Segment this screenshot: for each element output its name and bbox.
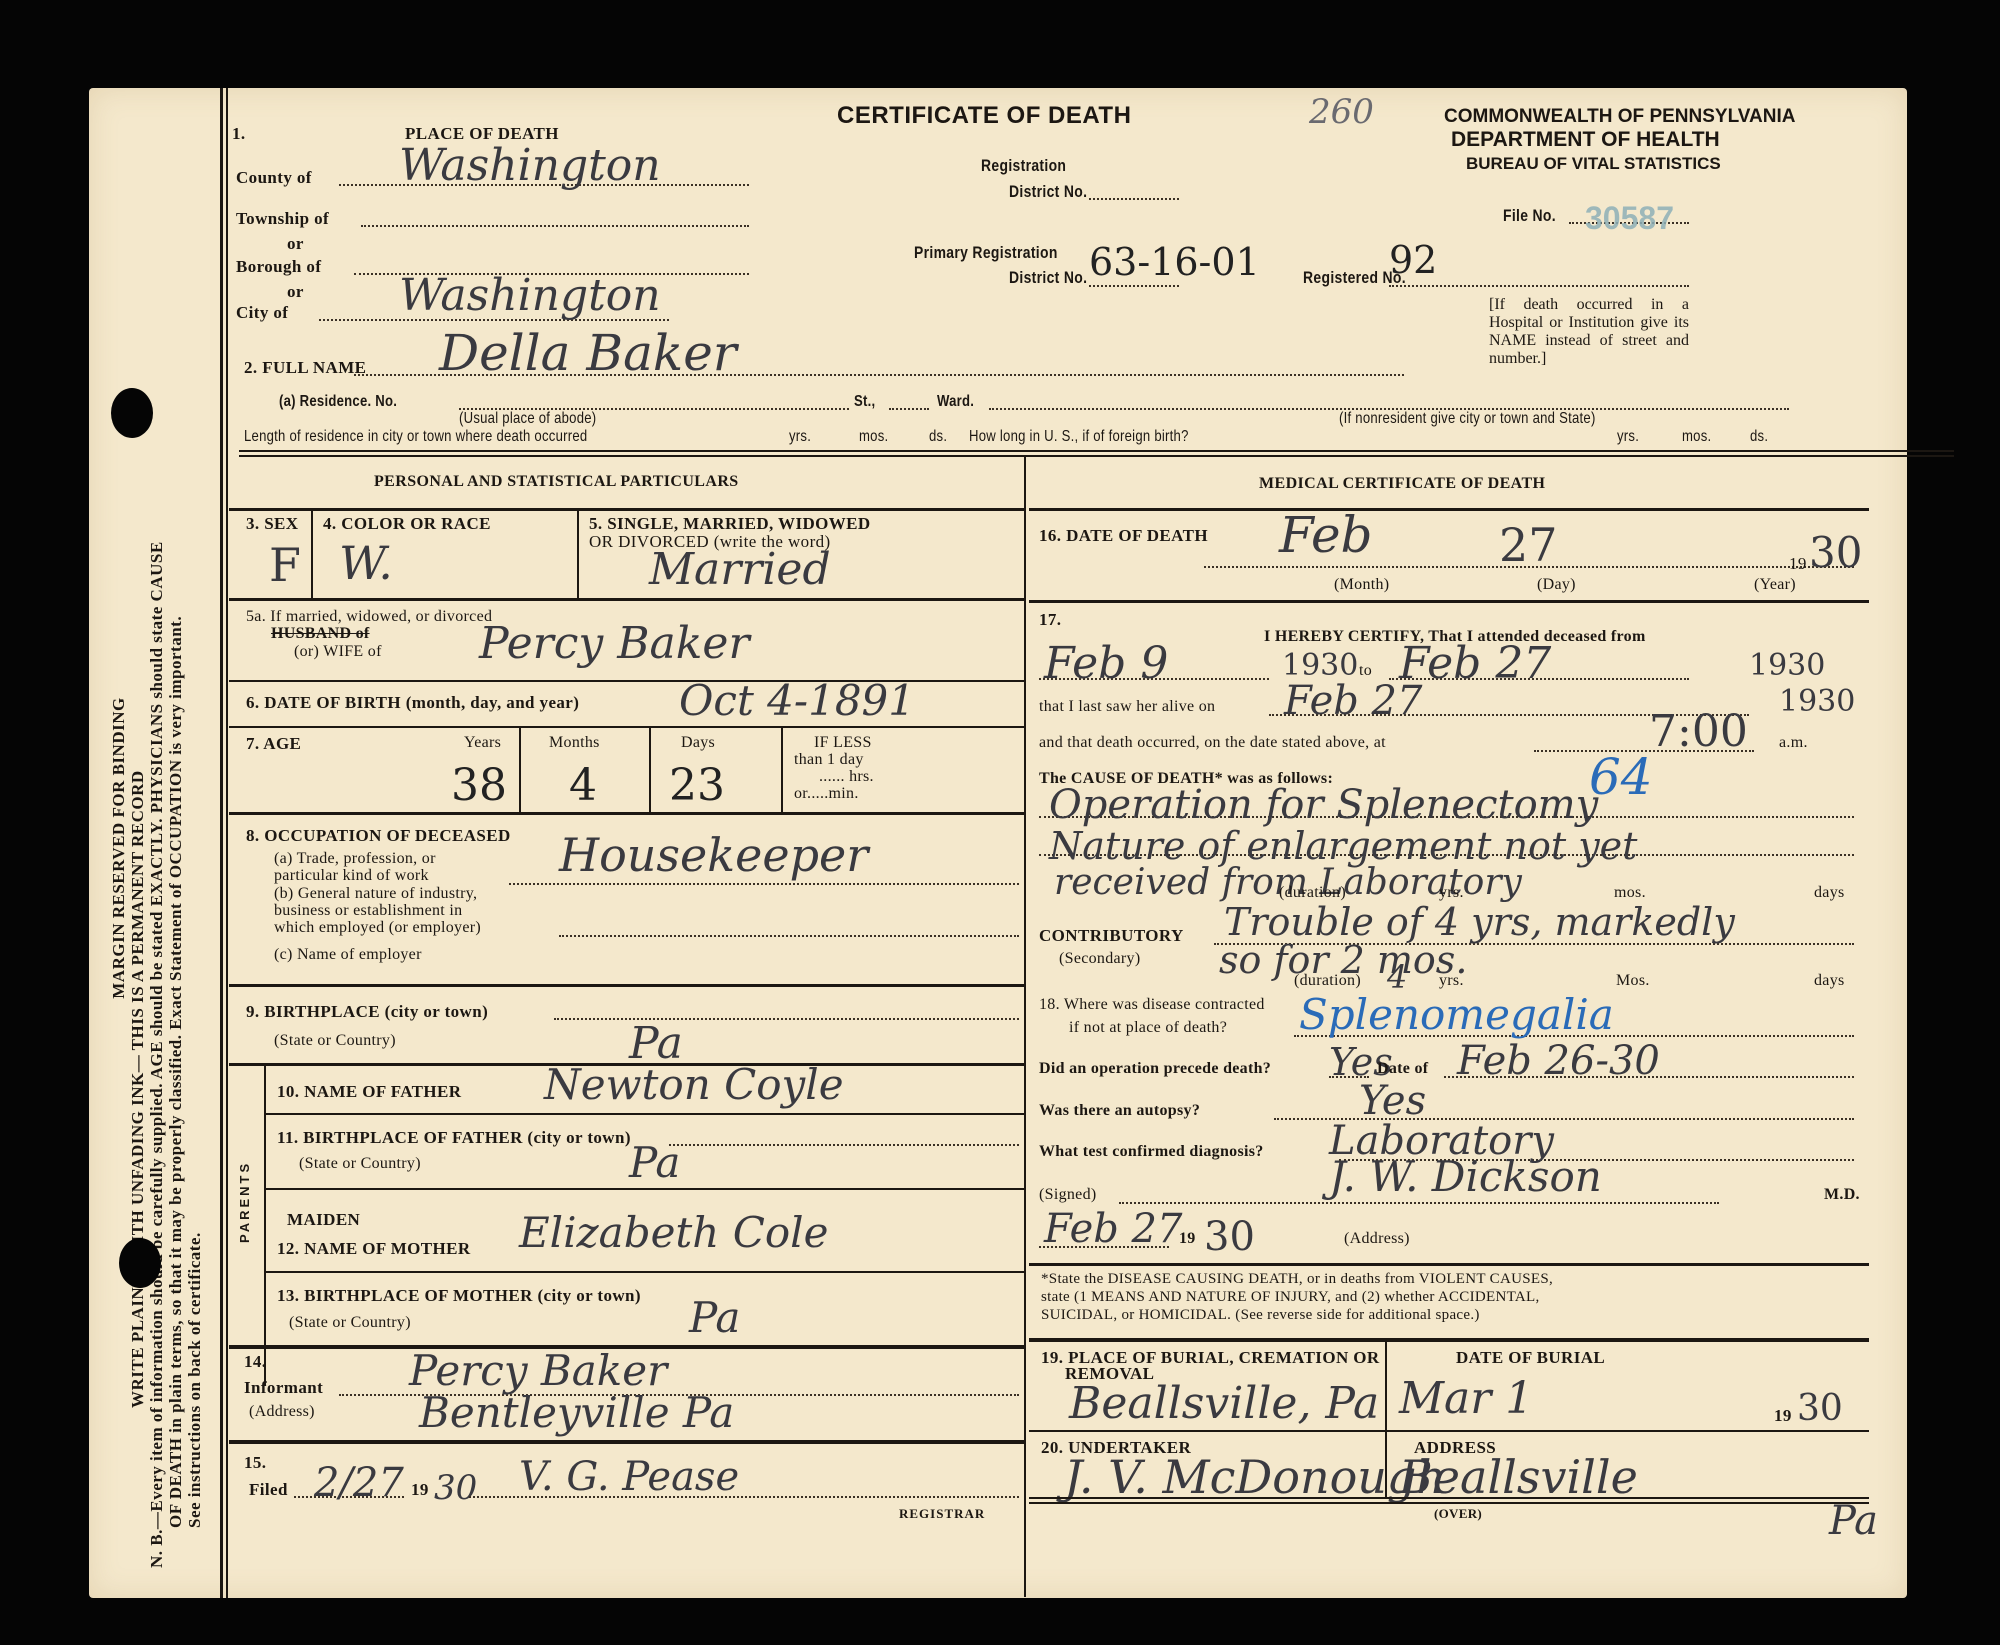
filed-year-field[interactable]: 30 [434, 1468, 477, 1508]
residence-yrs[interactable]: yrs. [789, 428, 811, 446]
margin-binding-note: MARGIN RESERVED FOR BINDING [109, 128, 128, 1568]
death-month-field[interactable]: Feb [1279, 506, 1373, 564]
rule [1029, 600, 1869, 603]
if-less-label: IF LESS [814, 734, 872, 752]
county-label: County of [236, 168, 312, 188]
primary-district-field[interactable]: 63-16-01 [1089, 240, 1260, 284]
rule [1029, 1430, 1869, 1432]
certificate-title: CERTIFICATE OF DEATH [837, 102, 1131, 130]
filed-number: 15. [244, 1453, 266, 1473]
cause-days-label: days [1814, 884, 1845, 902]
cell-divider [519, 728, 521, 812]
full-name-field[interactable]: Della Baker [439, 324, 737, 382]
test-label: What test confirmed diagnosis? [1039, 1143, 1264, 1161]
occupation-label: 8. OCCUPATION OF DECEASED [246, 826, 511, 846]
residence-label: (a) Residence. No. [279, 393, 397, 411]
occupation-b-label-2: business or establishment in [274, 902, 462, 920]
death-certificate: MARGIN RESERVED FOR BINDING WRITE PLAINL… [89, 88, 1907, 1598]
operation-label: Did an operation precede death? [1039, 1060, 1271, 1078]
or-text-1: or [287, 234, 304, 254]
burial-year-field[interactable]: 30 [1797, 1388, 1843, 1429]
year-sublabel: (Year) [1754, 576, 1796, 594]
rule [266, 1188, 1024, 1190]
birthplace-city-field[interactable] [554, 1018, 1019, 1020]
birthplace-state-label: (State or Country) [274, 1032, 396, 1050]
nonresident-note: (If nonresident give city or town and St… [1339, 410, 1596, 428]
rule [1029, 1502, 1869, 1504]
signed-date-field[interactable]: Feb 27 [1044, 1206, 1182, 1252]
binding-hole-bottom [119, 1238, 161, 1288]
rule [229, 508, 1024, 511]
occupation-b-label: (b) General nature of industry, [274, 885, 477, 903]
binding-margin: MARGIN RESERVED FOR BINDING WRITE PLAINL… [89, 88, 221, 1598]
margin-nb-note-1: N. B.—Every item of information should b… [147, 128, 166, 1568]
disease-contracted-label: 18. Where was disease contracted [1039, 996, 1265, 1014]
rule [239, 450, 1954, 452]
hospital-instruction-note: [If death occurred in a Hospital or Inst… [1489, 296, 1689, 368]
marital-status-field[interactable]: Married [649, 544, 831, 595]
father-birthplace-state-label: (State or Country) [299, 1155, 421, 1173]
father-name-field[interactable]: Newton Coyle [544, 1060, 844, 1109]
cell-divider [781, 728, 783, 812]
contributory-mos-label: Mos. [1616, 972, 1650, 990]
margin-nb-note-3: See instructions on back of certificate. [185, 128, 204, 1568]
months-label: Months [549, 734, 600, 752]
physician-signature[interactable]: J. W. Dickson [1329, 1152, 1602, 1201]
attended-to-year-field[interactable]: 1930 [1749, 648, 1825, 683]
signed-year-prefix: 19 [1179, 1230, 1196, 1248]
burial-year-prefix: 19 [1774, 1406, 1792, 1426]
cause-of-death-field-1[interactable]: Operation for Splenectomy [1049, 782, 1598, 828]
date-of-death-label: 16. DATE OF DEATH [1039, 526, 1208, 546]
rule [266, 1113, 1024, 1115]
margin-rule-inner [226, 88, 228, 1598]
filed-date-field[interactable]: 2/27 [314, 1460, 404, 1506]
signature-line [1119, 1202, 1719, 1204]
borough-label: Borough of [236, 257, 321, 277]
day-sublabel: (Day) [1537, 576, 1576, 594]
parents-vertical-label: PARENTS [237, 1161, 252, 1243]
residence-mos[interactable]: mos. [859, 428, 888, 446]
sex-field[interactable]: F [269, 538, 301, 592]
signed-year-field[interactable]: 30 [1204, 1214, 1255, 1260]
archive-number: 260 [1309, 92, 1374, 132]
section-1-number: 1. [232, 124, 246, 144]
race-field[interactable]: W. [339, 536, 393, 590]
rule [229, 984, 1024, 987]
rule [229, 812, 1024, 815]
margin-ink-note: WRITE PLAINLY WITH UNFADING INK— THIS IS… [128, 128, 147, 1568]
age-label: 7. AGE [246, 734, 301, 754]
than-1-day-label: than 1 day [794, 751, 864, 769]
date-of-birth-label: 6. DATE OF BIRTH (month, day, and year) [246, 693, 579, 713]
issuer-department: DEPARTMENT OF HEALTH [1451, 128, 1720, 152]
secondary-label: (Secondary) [1059, 950, 1141, 968]
footnote-line-3: SUICIDAL, or HOMICIDAL. (See reverse sid… [1041, 1307, 1480, 1324]
primary-district-no-label: District No. [1009, 268, 1087, 288]
disease-contracted-field[interactable]: Splenomegalia [1299, 990, 1614, 1039]
occupation-b-label-3: which employed (or employer) [274, 919, 481, 937]
column-divider [1024, 457, 1026, 1597]
informant-address-label: (Address) [249, 1403, 315, 1421]
medical-heading: MEDICAL CERTIFICATE OF DEATH [1259, 475, 1545, 493]
days-label: Days [681, 734, 715, 752]
occupation-line [509, 883, 1019, 885]
death-year-field[interactable]: 30 [1809, 528, 1862, 577]
township-label: Township of [236, 209, 329, 229]
month-sublabel: (Month) [1334, 576, 1389, 594]
file-no-stamp[interactable]: 30587 [1585, 200, 1674, 237]
cause-code[interactable]: 64 [1589, 748, 1653, 806]
or-text-2: or [287, 282, 304, 302]
personal-heading: PERSONAL AND STATISTICAL PARTICULARS [374, 473, 739, 491]
cell-divider [311, 510, 313, 598]
father-birthplace-state-field[interactable]: Pa [629, 1138, 680, 1187]
husband-of-label: HUSBAND of [271, 625, 370, 643]
spouse-name-field[interactable]: Percy Baker [479, 618, 750, 669]
primary-registration-label: Primary Registration [914, 243, 1058, 263]
mother-name-field[interactable]: Elizabeth Cole [519, 1208, 828, 1257]
burial-place-field[interactable]: Beallsville, Pa [1069, 1378, 1379, 1429]
signed-label: (Signed) [1039, 1186, 1097, 1204]
ward-label: Ward. [937, 393, 974, 411]
death-year-prefix: 19 [1789, 554, 1807, 574]
margin-instructions: MARGIN RESERVED FOR BINDING WRITE PLAINL… [109, 128, 204, 1568]
rule [229, 726, 1024, 728]
registration-district-no-label: District No. [1009, 182, 1087, 202]
burial-date-field[interactable]: Mar 1 [1399, 1373, 1533, 1424]
hours-field[interactable]: ...... hrs. [819, 768, 874, 786]
disease-contracted-sublabel: if not at place of death? [1069, 1019, 1227, 1037]
rule [1029, 508, 1869, 511]
certify-number: 17. [1039, 610, 1061, 630]
margin-nb-note-2: OF DEATH in plain terms, so that it may … [166, 128, 185, 1568]
years-label: Years [464, 734, 501, 752]
father-birthplace-label: 11. BIRTHPLACE OF FATHER (city or town) [277, 1128, 631, 1148]
father-name-label: 10. NAME OF FATHER [277, 1082, 461, 1102]
physician-address-label: (Address) [1344, 1230, 1410, 1248]
attended-from-field[interactable]: Feb 9 [1044, 638, 1168, 689]
minutes-field[interactable]: or.....min. [794, 785, 859, 803]
township-field[interactable] [361, 225, 749, 227]
cell-divider [649, 728, 651, 812]
registrar-label: REGISTRAR [899, 1506, 985, 1522]
county-field[interactable]: Washington [399, 140, 661, 191]
contributory-yrs-label: yrs. [1439, 972, 1464, 990]
cell-divider [577, 510, 579, 598]
occupation-a-label: (a) Trade, profession, or [274, 850, 436, 868]
operation-date-field[interactable]: Feb 26-30 [1457, 1038, 1660, 1084]
last-saw-year-field[interactable]: 1930 [1779, 684, 1855, 719]
contributory-duration-label: (duration) [1294, 972, 1361, 990]
time-suffix: a.m. [1779, 734, 1808, 752]
filed-label: Filed [249, 1480, 288, 1500]
rule [1029, 1338, 1869, 1342]
occupation-a-label-2: particular kind of work [274, 867, 429, 885]
binding-hole-top [111, 388, 153, 438]
age-years-field[interactable]: 38 [451, 760, 507, 811]
foreign-ds[interactable]: ds. [1750, 428, 1768, 446]
street-field[interactable] [889, 408, 929, 410]
registered-no-field[interactable]: 92 [1389, 238, 1437, 282]
mother-birthplace-label: 13. BIRTHPLACE OF MOTHER (city or town) [277, 1286, 641, 1306]
issuer-bureau: BUREAU OF VITAL STATISTICS [1466, 154, 1721, 174]
age-days-field[interactable]: 23 [669, 760, 725, 811]
primary-district-line [1089, 285, 1179, 287]
time-of-death-field[interactable]: 7:00 [1649, 706, 1748, 757]
last-saw-date-field[interactable]: Feb 27 [1284, 678, 1422, 724]
contributory-days-label: days [1814, 972, 1845, 990]
burial-date-label: DATE OF BURIAL [1456, 1348, 1605, 1368]
city-label: City of [236, 303, 288, 323]
race-label: 4. COLOR OR RACE [323, 514, 491, 534]
last-saw-label: that I last saw her alive on [1039, 698, 1215, 716]
footnote-line-2: state (1 MEANS AND NATURE OF INJURY, and… [1041, 1289, 1540, 1306]
birthplace-label: 9. BIRTHPLACE (city or town) [246, 1002, 488, 1022]
rule [229, 598, 1024, 601]
industry-field[interactable] [559, 935, 1019, 937]
age-months-field[interactable]: 4 [569, 760, 597, 811]
registrar-signature[interactable]: V. G. Pease [519, 1454, 739, 1500]
undertaker-address-field[interactable]: Beallsville [1399, 1450, 1638, 1504]
undertaker-field[interactable]: J. V. McDonough [1064, 1450, 1446, 1504]
father-birthplace-city-field[interactable] [669, 1144, 1019, 1146]
length-of-residence-label: Length of residence in city or town wher… [244, 428, 587, 446]
over-label: (OVER) [1434, 1506, 1482, 1522]
issuer-commonwealth: COMMONWEALTH OF PENNSYLVANIA [1444, 106, 1795, 128]
registration-district-label: Registration [981, 156, 1066, 176]
wife-of-label: (or) WIFE of [294, 643, 382, 661]
time-of-death-label: and that death occurred, on the date sta… [1039, 734, 1386, 752]
margin-rule-outer [220, 88, 223, 1598]
sex-label: 3. SEX [246, 514, 298, 534]
maiden-label: MAIDEN [287, 1210, 360, 1230]
mother-birthplace-state-label: (State or Country) [289, 1314, 411, 1332]
foreign-yrs[interactable]: yrs. [1617, 428, 1639, 446]
death-day-field[interactable]: 27 [1499, 518, 1558, 572]
footnote-line-1: *State the DISEASE CAUSING DEATH, or in … [1041, 1271, 1553, 1288]
file-no-label: File No. [1503, 206, 1556, 226]
filed-year-prefix: 19 [411, 1480, 429, 1500]
mother-name-label: 12. NAME OF MOTHER [277, 1239, 471, 1259]
informant-label: Informant [244, 1378, 323, 1398]
date-of-birth-field[interactable]: Oct 4-1891 [679, 676, 915, 725]
foreign-mos[interactable]: mos. [1682, 428, 1711, 446]
operation-date-label: Date of [1377, 1060, 1428, 1078]
full-name-label: 2. FULL NAME [244, 358, 366, 378]
rule [1029, 1263, 1869, 1266]
informant-number: 14. [244, 1352, 266, 1372]
spouse-label: 5a. If married, widowed, or divorced [246, 608, 492, 626]
informant-address-field[interactable]: Bentleyville Pa [419, 1388, 734, 1437]
registered-no-line [1389, 285, 1689, 287]
rule [229, 1440, 1024, 1444]
occupation-trade-field[interactable]: Housekeeper [559, 828, 868, 882]
contributory-label: CONTRIBUTORY [1039, 926, 1184, 946]
marital-label: 5. SINGLE, MARRIED, WIDOWED [589, 514, 871, 534]
residence-ds[interactable]: ds. [929, 428, 947, 446]
residence-sublabel: (Usual place of abode) [459, 410, 596, 428]
foreign-birth-label: How long in U. S., if of foreign birth? [969, 428, 1189, 446]
street-label: St., [854, 393, 875, 411]
mother-birthplace-state-field[interactable]: Pa [689, 1293, 740, 1342]
rule [1029, 1497, 1869, 1499]
city-field[interactable]: Washington [399, 270, 661, 321]
autopsy-label: Was there an autopsy? [1039, 1102, 1200, 1120]
registration-district-field[interactable] [1089, 198, 1179, 200]
md-label: M.D. [1824, 1186, 1860, 1204]
employer-label: (c) Name of employer [274, 946, 422, 964]
rule [266, 1271, 1024, 1273]
rule [239, 455, 1954, 457]
